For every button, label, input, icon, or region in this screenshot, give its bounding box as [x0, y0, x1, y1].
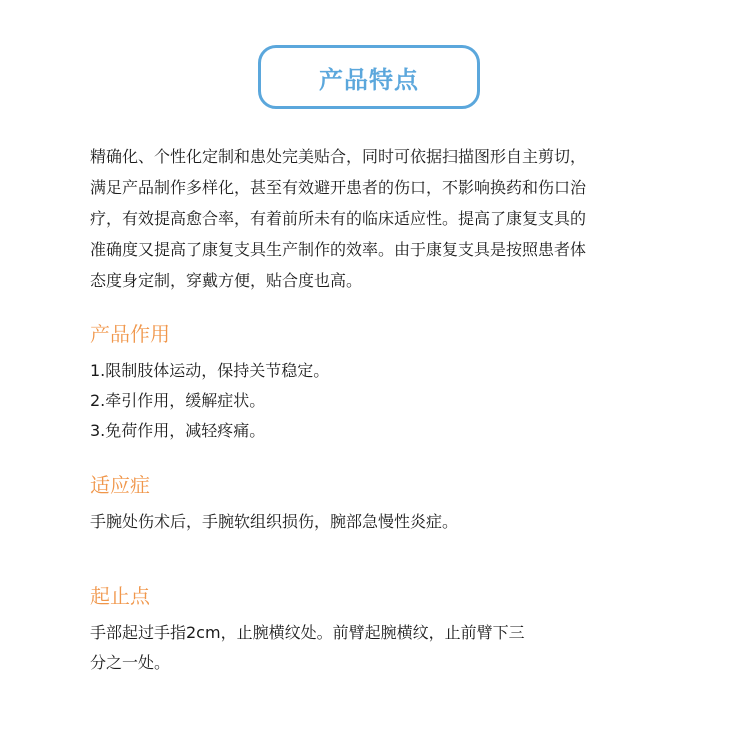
indications-text-block: 手腕处伤术后，手腕软组织损伤，腕部急慢性炎症。	[90, 507, 458, 537]
function-list: 1.限制肢体运动，保持关节稳定。 2.牵引作用，缓解症状。 3.免荷作用，减轻疼…	[90, 356, 329, 446]
function-item: 2.牵引作用，缓解症状。	[90, 386, 329, 416]
page-title: 产品特点	[319, 60, 419, 95]
features-line: 态度身定制，穿戴方便，贴合度也高。	[90, 265, 670, 296]
function-item: 3.免荷作用，减轻疼痛。	[90, 416, 329, 446]
features-line: 准确度又提高了康复支具生产制作的效率。由于康复支具是按照患者体	[90, 234, 670, 265]
features-line: 满足产品制作多样化，甚至有效避开患者的伤口，不影响换药和伤口治	[90, 172, 670, 203]
range-line: 手部起过手指2cm，止腕横纹处。前臂起腕横纹，止前臂下三	[90, 618, 525, 648]
section-title-box: 产品特点	[258, 45, 480, 109]
range-line: 分之一处。	[90, 648, 525, 678]
function-heading: 产品作用	[90, 318, 170, 347]
indications-heading: 适应症	[90, 469, 150, 498]
features-line: 疗，有效提高愈合率，有着前所未有的临床适应性。提高了康复支具的	[90, 203, 670, 234]
function-item: 1.限制肢体运动，保持关节稳定。	[90, 356, 329, 386]
features-paragraph: 精确化、个性化定制和患处完美贴合，同时可依据扫描图形自主剪切， 满足产品制作多样…	[90, 141, 670, 296]
range-text-block: 手部起过手指2cm，止腕横纹处。前臂起腕横纹，止前臂下三 分之一处。	[90, 618, 525, 678]
indications-text: 手腕处伤术后，手腕软组织损伤，腕部急慢性炎症。	[90, 507, 458, 537]
features-line: 精确化、个性化定制和患处完美贴合，同时可依据扫描图形自主剪切，	[90, 141, 670, 172]
range-heading: 起止点	[90, 580, 150, 609]
